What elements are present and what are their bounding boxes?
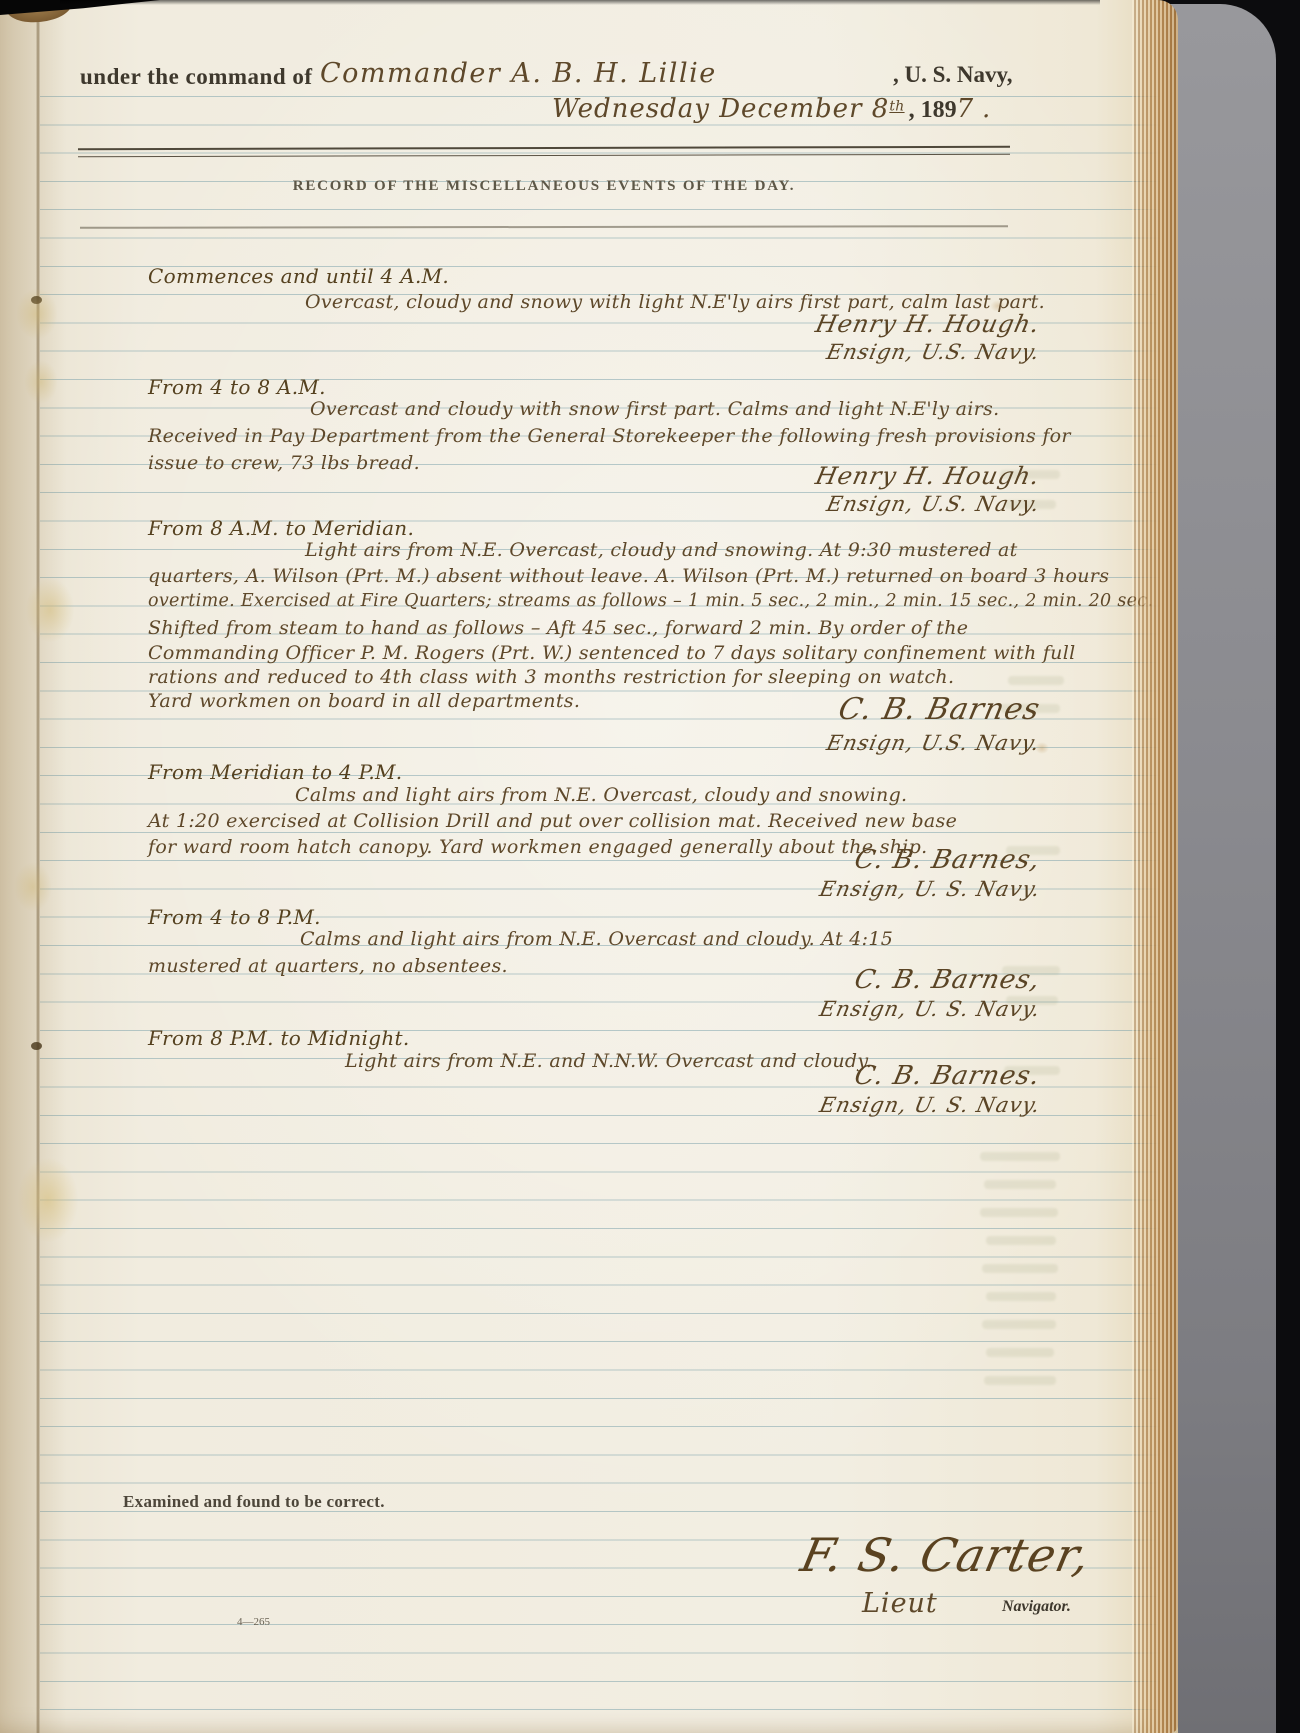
- signature-title: Ensign, U. S. Navy.: [700, 1093, 1040, 1117]
- stitch-hole: [31, 296, 42, 304]
- logbook-scan: under the command of Commander A. B. H. …: [0, 0, 1300, 1733]
- entry-line: Calms and light airs from N.E. Overcast …: [300, 928, 893, 950]
- signature: C. B. Barnes,: [700, 965, 1040, 995]
- entry-heading: From 4 to 8 P.M.: [148, 905, 321, 929]
- signature: Henry H. Hough.: [700, 310, 1040, 338]
- signature-title: Ensign, U.S. Navy.: [700, 340, 1040, 364]
- entry-line: Received in Pay Department from the Gene…: [148, 425, 1071, 447]
- binding-crease: [36, 0, 40, 1733]
- entry-heading: Commences and until 4 A.M.: [148, 264, 449, 288]
- entry-line: mustered at quarters, no absentees.: [148, 955, 508, 977]
- bleedthrough-mark: [986, 1348, 1054, 1357]
- bleedthrough-mark: [982, 1264, 1058, 1273]
- signature: C. B. Barnes,: [700, 845, 1040, 875]
- form-number: 4—265: [237, 1616, 270, 1628]
- printed-navy-suffix: , U. S. Navy,: [893, 62, 1013, 88]
- entry-line: overtime. Exercised at Fire Quarters; st…: [148, 591, 1153, 611]
- entry-heading: From 4 to 8 A.M.: [148, 375, 326, 399]
- signature: C. B. Barnes.: [700, 1061, 1040, 1091]
- bleedthrough-mark: [984, 1376, 1056, 1385]
- bleedthrough-mark: [980, 1208, 1058, 1217]
- entry-line: Overcast and cloudy with snow first part…: [310, 398, 999, 420]
- bleedthrough-mark: [986, 1292, 1056, 1301]
- entry-line: At 1:20 exercised at Collision Drill and…: [148, 810, 957, 832]
- date-handwritten: Wednesday December 8: [552, 94, 889, 124]
- entry-line: Shifted from steam to hand as follows – …: [148, 617, 968, 639]
- date-line: Wednesday December 8th , 1897 .: [552, 94, 991, 124]
- printed-navigator-label: Navigator.: [1002, 1598, 1071, 1616]
- examined-statement: Examined and found to be correct.: [123, 1492, 385, 1512]
- bleedthrough-mark: [982, 1320, 1056, 1329]
- date-ordinal: th: [889, 99, 904, 115]
- stacked-page-edges: [1132, 0, 1178, 1733]
- signature-title: Ensign, U.S. Navy.: [700, 492, 1040, 516]
- entry-line: Calms and light airs from N.E. Overcast,…: [295, 784, 907, 806]
- entry-heading: From Meridian to 4 P.M.: [148, 760, 402, 784]
- signature-title: Ensign, U. S. Navy.: [700, 877, 1040, 901]
- navigator-rank-handwritten: Lieut: [862, 1588, 938, 1619]
- log-page: under the command of Commander A. B. H. …: [0, 0, 1178, 1733]
- navigator-signature: F. S. Carter,: [755, 1528, 1090, 1582]
- bleedthrough-mark: [980, 1152, 1060, 1161]
- top-edge-shadow: [60, 0, 1100, 5]
- signature: C. B. Barnes: [700, 692, 1040, 727]
- signature-title: Ensign, U. S. Navy.: [700, 997, 1040, 1021]
- entry-heading: From 8 A.M. to Meridian.: [148, 516, 414, 540]
- bleedthrough-mark: [984, 1180, 1056, 1189]
- entry-line: Light airs from N.E. Overcast, cloudy an…: [305, 539, 1018, 561]
- printed-command-prefix: under the command of: [80, 64, 313, 90]
- entry-line: Yard workmen on board in all departments…: [148, 690, 580, 712]
- signature: Henry H. Hough.: [700, 462, 1040, 490]
- stitch-hole: [31, 1042, 42, 1050]
- entry-line: quarters, A. Wilson (Prt. M.) absent wit…: [148, 565, 1109, 587]
- bleedthrough-mark: [1008, 676, 1064, 685]
- signature-title: Ensign, U.S. Navy.: [700, 731, 1040, 755]
- year-digit-handwritten: 7 .: [957, 94, 991, 124]
- entry-heading: From 8 P.M. to Midnight.: [148, 1026, 410, 1050]
- printed-year-prefix: , 189: [909, 97, 957, 123]
- section-title: RECORD OF THE MISCELLANEOUS EVENTS OF TH…: [80, 178, 1008, 195]
- entry-line: rations and reduced to 4th class with 3 …: [148, 666, 954, 688]
- entry-line: issue to crew, 73 lbs bread.: [148, 452, 420, 474]
- bleedthrough-mark: [986, 1236, 1056, 1245]
- commander-name-handwritten: Commander A. B. H. Lillie: [320, 58, 717, 89]
- entry-line: Commanding Officer P. M. Rogers (Prt. W.…: [148, 642, 1075, 664]
